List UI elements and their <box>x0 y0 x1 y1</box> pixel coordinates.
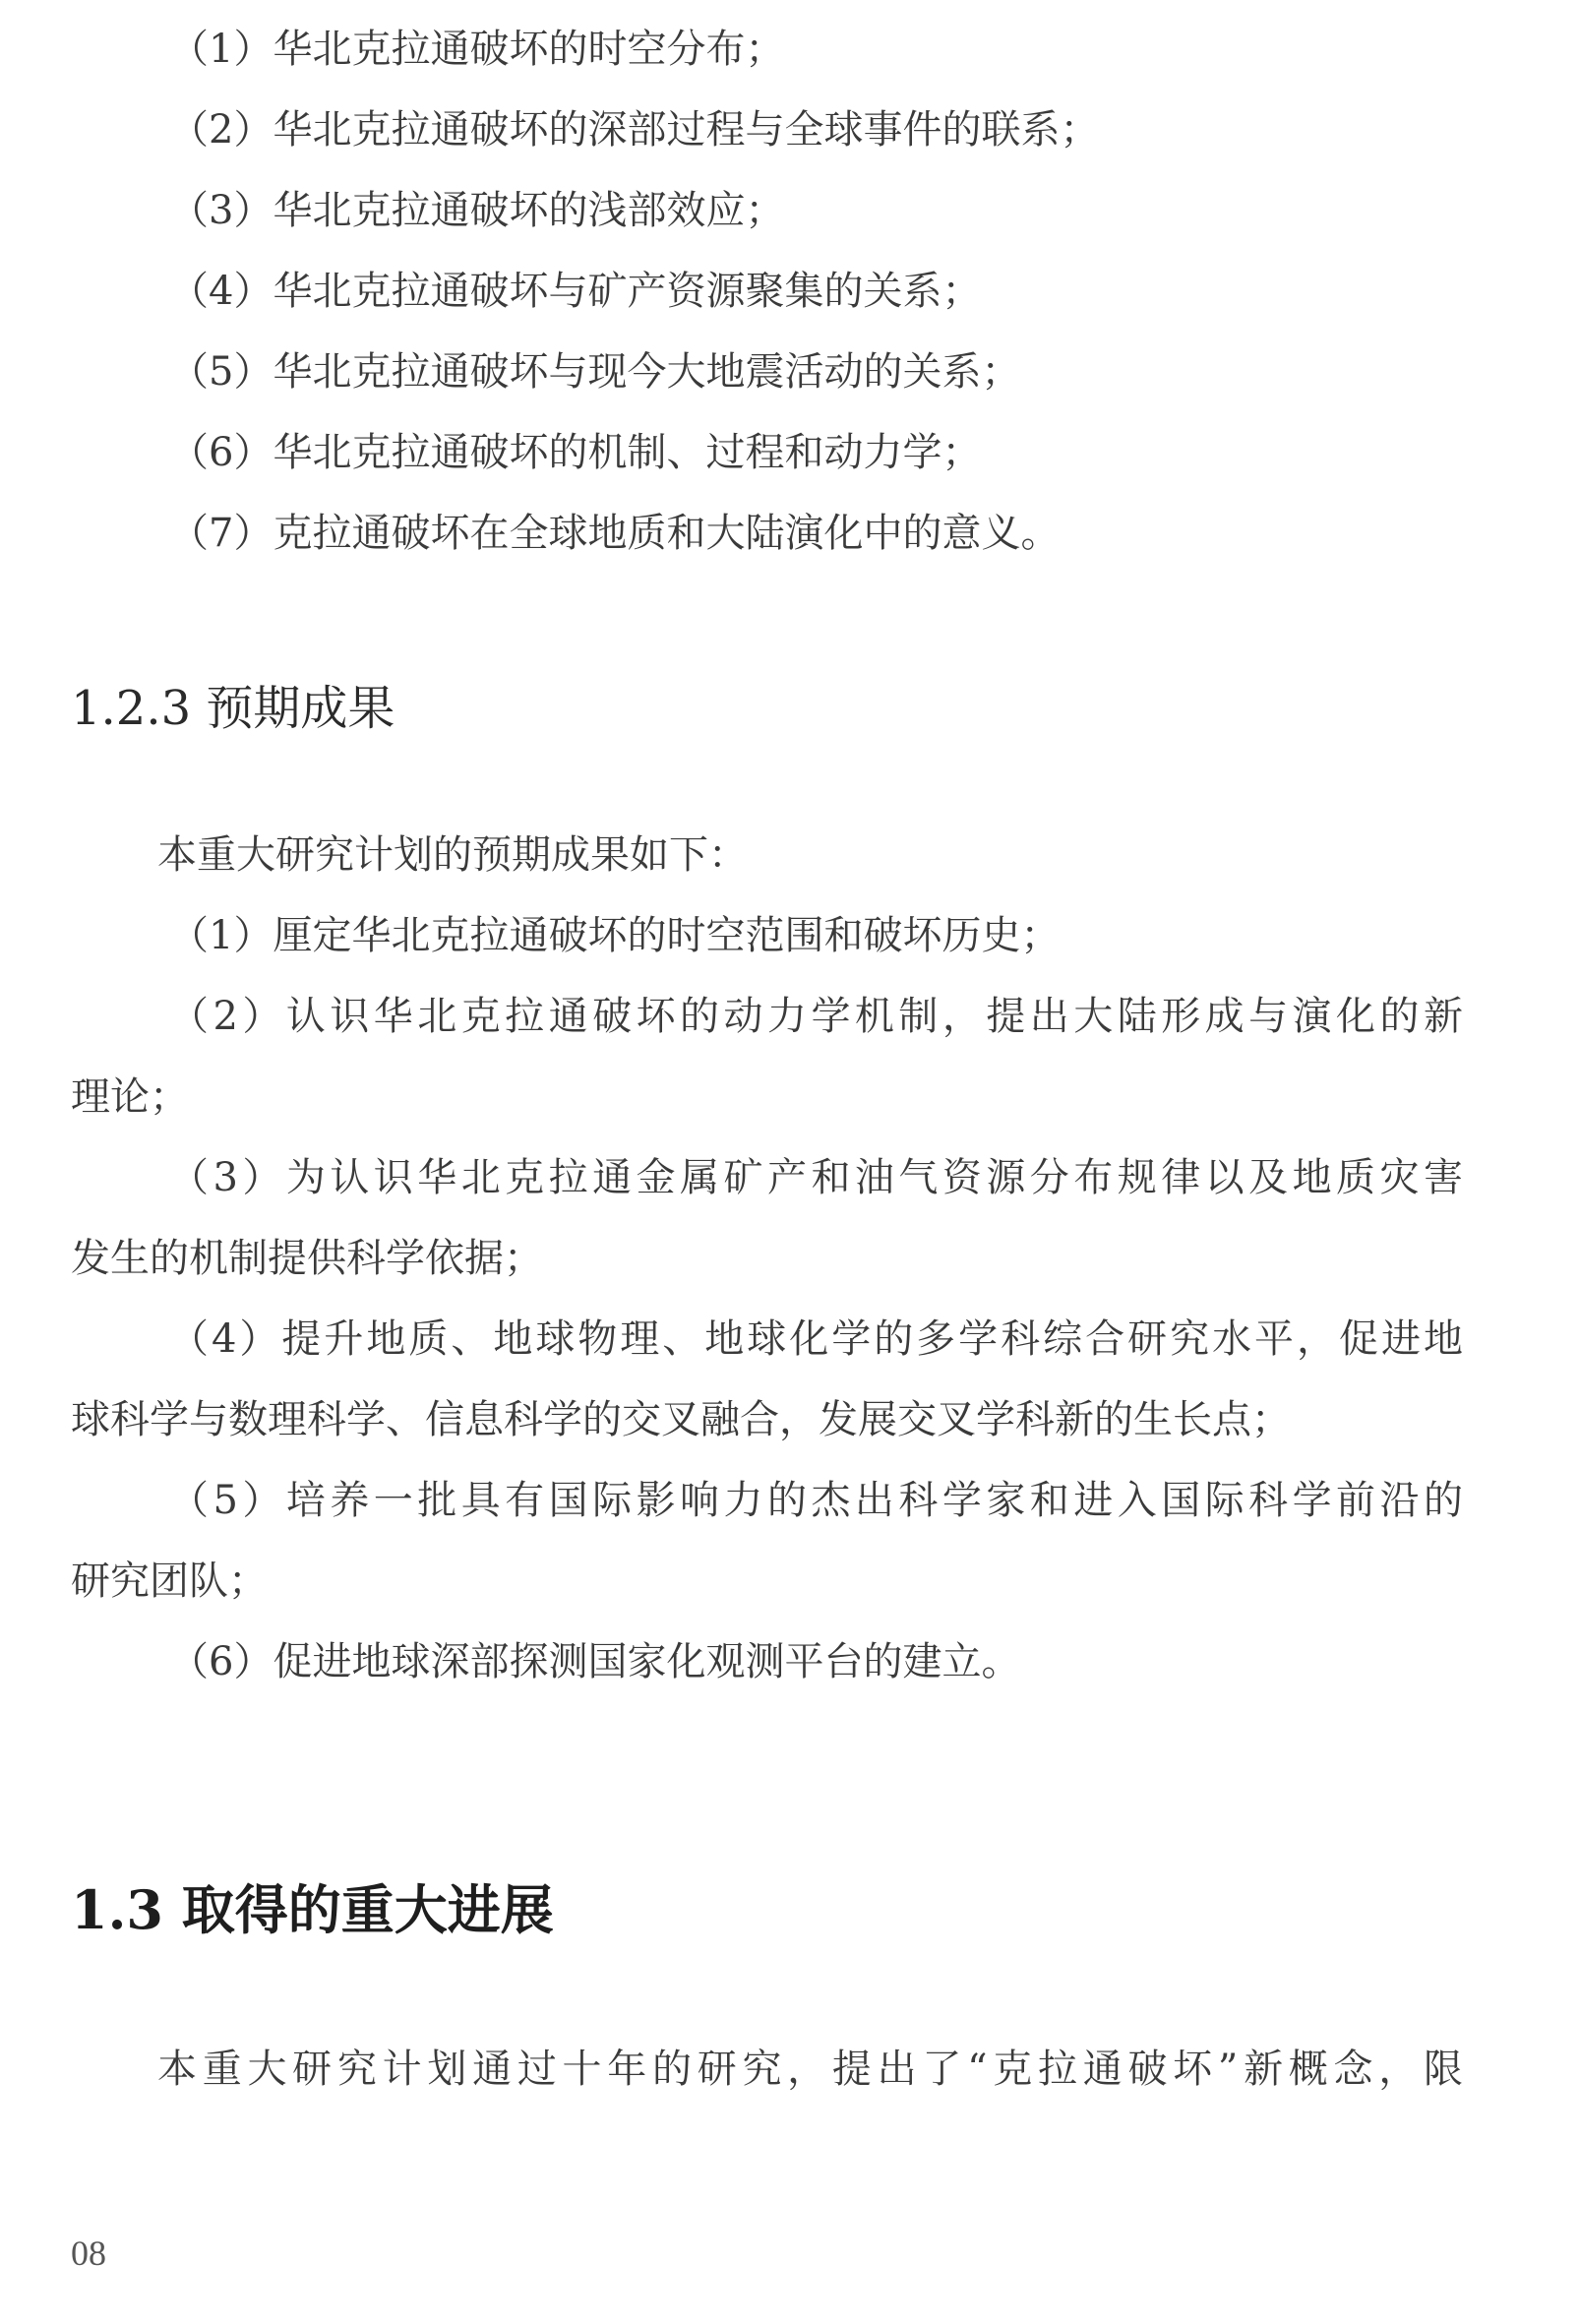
expected-item-1: （1）厘定华北克拉通破坏的时空范围和破坏历史； <box>169 912 1060 959</box>
expected-item-6: （6）促进地球深部探测国家化观测平台的建立。 <box>169 1638 1020 1685</box>
research-item-7: （7）克拉通破坏在全球地质和大陆演化中的意义。 <box>169 510 1060 557</box>
expected-results-intro: 本重大研究计划的预期成果如下： <box>157 831 748 879</box>
expected-item-3-line-1: （3）为认识华北克拉通金属矿产和油气资源分布规律以及地质灾害 <box>169 1154 1463 1201</box>
progress-paragraph-line-1: 本重大研究计划通过十年的研究，提出了“克拉通破坏”新概念，限 <box>157 2046 1463 2093</box>
research-item-5: （5）华北克拉通破坏与现今大地震活动的关系； <box>169 348 1020 396</box>
expected-item-3-line-2: 发生的机制提供科学依据； <box>71 1235 543 1282</box>
research-item-2: （2）华北克拉通破坏的深部过程与全球事件的联系； <box>169 106 1099 153</box>
expected-item-2-line-2: 理论； <box>71 1073 189 1121</box>
section-heading-1-2-3: 1.2.3 预期成果 <box>71 681 395 736</box>
expected-item-5-line-2: 研究团队； <box>71 1558 268 1605</box>
section-heading-1-3: 1.3 取得的重大进展 <box>71 1879 554 1940</box>
expected-item-4-line-1: （4）提升地质、地球物理、地球化学的多学科综合研究水平，促进地 <box>169 1315 1463 1363</box>
research-item-1: （1）华北克拉通破坏的时空分布； <box>169 26 784 73</box>
page-number: 08 <box>71 2233 106 2273</box>
research-item-4: （4）华北克拉通破坏与矿产资源聚集的关系； <box>169 268 981 315</box>
expected-item-5-line-1: （5）培养一批具有国际影响力的杰出科学家和进入国际科学前沿的 <box>169 1477 1463 1524</box>
research-item-3: （3）华北克拉通破坏的浅部效应； <box>169 187 784 234</box>
expected-item-2-line-1: （2）认识华北克拉通破坏的动力学机制，提出大陆形成与演化的新 <box>169 993 1463 1040</box>
expected-item-4-line-2: 球科学与数理科学、信息科学的交叉融合，发展交叉学科新的生长点； <box>71 1396 1291 1443</box>
research-item-6: （6）华北克拉通破坏的机制、过程和动力学； <box>169 429 981 476</box>
